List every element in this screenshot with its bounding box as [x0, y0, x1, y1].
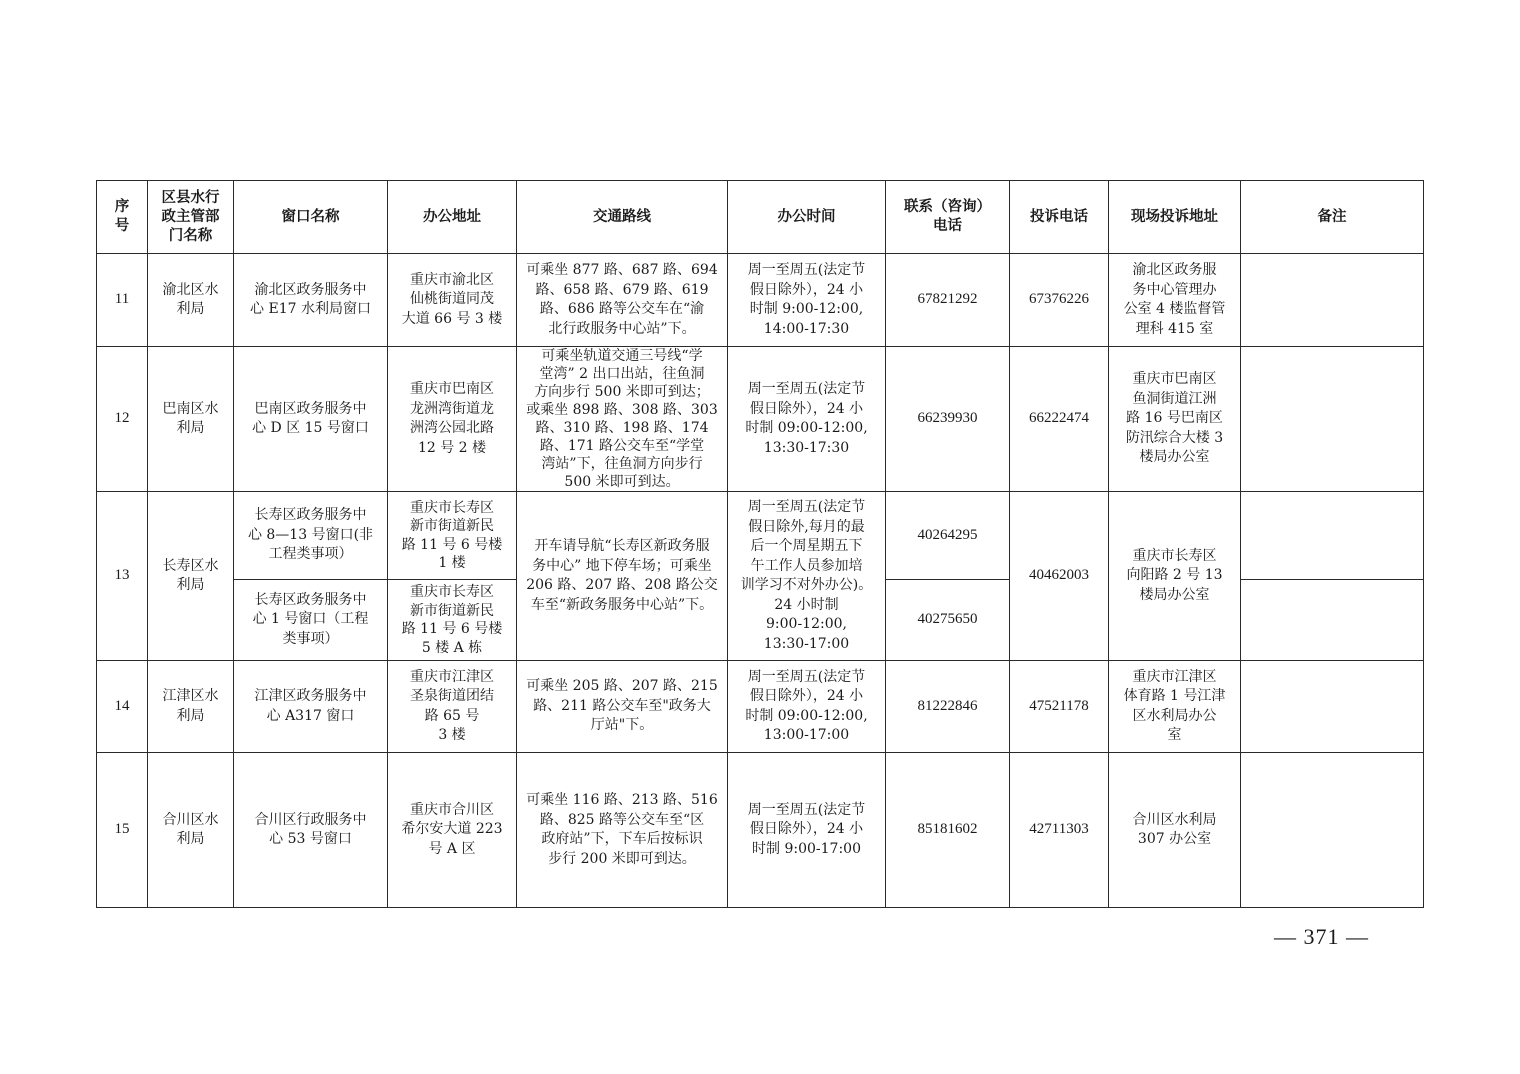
row-office-hours: 周一至周五(法定节 假日除外），24 小 时制 09:00-12:00, 13:…	[728, 661, 886, 753]
row-department: 巴南区水 利局	[148, 347, 234, 492]
row-transport-route: 可乘坐 877 路、687 路、694 路、658 路、679 路、619 路、…	[517, 254, 728, 347]
row-office-address: 重庆市渝北区 仙桃街道同茂 大道 66 号 3 楼	[388, 254, 517, 347]
row-index: 15	[97, 753, 148, 908]
table-row: 11 渝北区水 利局 渝北区政务服务中 心 E17 水利局窗口 重庆市渝北区 仙…	[97, 254, 1424, 347]
row-complaint-address: 重庆市长寿区 向阳路 2 号 13 楼局办公室	[1109, 492, 1241, 661]
row-remarks	[1241, 347, 1424, 492]
header-office-address: 办公地址	[388, 181, 517, 254]
row-office-hours: 周一至周五(法定节 假日除外），24 小 时制 9:00-17:00	[728, 753, 886, 908]
row-index: 11	[97, 254, 148, 347]
row-office-address: 重庆市长寿区 新市街道新民 路 11 号 6 号楼 1 楼	[388, 492, 517, 580]
row-window-name: 江津区政务服务中 心 A317 窗口	[234, 661, 388, 753]
row-transport-route: 可乘坐轨道交通三号线“学 堂湾” 2 出口出站，往鱼洞 方向步行 500 米即可…	[517, 347, 728, 492]
row-remarks	[1241, 492, 1424, 580]
table-row: 13 长寿区水 利局 长寿区政务服务中 心 8—13 号窗口(非 工程类事项） …	[97, 492, 1424, 580]
header-remarks: 备注	[1241, 181, 1424, 254]
row-complaint-address: 重庆市江津区 体育路 1 号江津 区水利局办公 室	[1109, 661, 1241, 753]
row-office-address: 重庆市江津区 圣泉街道团结 路 65 号 3 楼	[388, 661, 517, 753]
row-office-address: 重庆市合川区 希尔安大道 223 号 A 区	[388, 753, 517, 908]
row-index: 13	[97, 492, 148, 661]
row-transport-route: 可乘坐 205 路、207 路、215 路、211 路公交车至"政务大 厅站"下…	[517, 661, 728, 753]
row-office-hours: 周一至周五(法定节 假日除外），24 小 时制 09:00-12:00, 13:…	[728, 347, 886, 492]
row-complaint-phone: 66222474	[1010, 347, 1109, 492]
row-complaint-phone: 40462003	[1010, 492, 1109, 661]
row-complaint-phone: 47521178	[1010, 661, 1109, 753]
row-window-name: 合川区行政服务中 心 53 号窗口	[234, 753, 388, 908]
row-office-address: 重庆市长寿区 新市街道新民 路 11 号 6 号楼 5 楼 A 栋	[388, 580, 517, 661]
header-contact-phone: 联系（咨询） 电话	[886, 181, 1010, 254]
row-office-hours: 周一至周五(法定节 假日除外），24 小 时制 9:00-12:00, 14:0…	[728, 254, 886, 347]
row-remarks	[1241, 254, 1424, 347]
row-contact-phone: 67821292	[886, 254, 1010, 347]
row-contact-phone: 40275650	[886, 580, 1010, 661]
header-complaint-phone: 投诉电话	[1010, 181, 1109, 254]
row-index: 14	[97, 661, 148, 753]
table-row: 14 江津区水 利局 江津区政务服务中 心 A317 窗口 重庆市江津区 圣泉街…	[97, 661, 1424, 753]
row-complaint-address: 渝北区政务服 务中心管理办 公室 4 楼监督管 理科 415 室	[1109, 254, 1241, 347]
row-transport-route: 可乘坐 116 路、213 路、516 路、825 路等公交车至“区 政府站”下…	[517, 753, 728, 908]
header-index: 序 号	[97, 181, 148, 254]
row-contact-phone: 66239930	[886, 347, 1010, 492]
row-remarks	[1241, 661, 1424, 753]
table-header-row: 序 号 区县水行 政主管部 门名称 窗口名称 办公地址 交通路线 办公时间 联系…	[97, 181, 1424, 254]
row-complaint-phone: 42711303	[1010, 753, 1109, 908]
row-department: 长寿区水 利局	[148, 492, 234, 661]
header-department: 区县水行 政主管部 门名称	[148, 181, 234, 254]
header-window-name: 窗口名称	[234, 181, 388, 254]
row-contact-phone: 85181602	[886, 753, 1010, 908]
water-service-windows-table: 序 号 区县水行 政主管部 门名称 窗口名称 办公地址 交通路线 办公时间 联系…	[96, 180, 1424, 908]
page-number: — 371 —	[1274, 924, 1369, 950]
row-window-name: 长寿区政务服务中 心 1 号窗口（工程 类事项）	[234, 580, 388, 661]
row-remarks	[1241, 753, 1424, 908]
table-row: 15 合川区水 利局 合川区行政服务中 心 53 号窗口 重庆市合川区 希尔安大…	[97, 753, 1424, 908]
row-department: 合川区水 利局	[148, 753, 234, 908]
row-transport-route: 开车请导航“长寿区新政务服 务中心” 地下停车场；可乘坐 206 路、207 路…	[517, 492, 728, 661]
header-office-hours: 办公时间	[728, 181, 886, 254]
row-complaint-phone: 67376226	[1010, 254, 1109, 347]
row-window-name: 渝北区政务服务中 心 E17 水利局窗口	[234, 254, 388, 347]
row-complaint-address: 合川区水利局 307 办公室	[1109, 753, 1241, 908]
row-window-name: 长寿区政务服务中 心 8—13 号窗口(非 工程类事项）	[234, 492, 388, 580]
row-contact-phone: 40264295	[886, 492, 1010, 580]
header-complaint-address: 现场投诉地址	[1109, 181, 1241, 254]
row-complaint-address: 重庆市巴南区 鱼洞街道江洲 路 16 号巴南区 防汛综合大楼 3 楼局办公室	[1109, 347, 1241, 492]
row-office-address: 重庆市巴南区 龙洲湾街道龙 洲湾公园北路 12 号 2 楼	[388, 347, 517, 492]
row-index: 12	[97, 347, 148, 492]
row-department: 江津区水 利局	[148, 661, 234, 753]
row-office-hours: 周一至周五(法定节 假日除外,每月的最 后一个周星期五下 午工作人员参加培 训学…	[728, 492, 886, 661]
table-row: 12 巴南区水 利局 巴南区政务服务中 心 D 区 15 号窗口 重庆市巴南区 …	[97, 347, 1424, 492]
header-transport-route: 交通路线	[517, 181, 728, 254]
row-window-name: 巴南区政务服务中 心 D 区 15 号窗口	[234, 347, 388, 492]
row-contact-phone: 81222846	[886, 661, 1010, 753]
row-remarks	[1241, 580, 1424, 661]
row-department: 渝北区水 利局	[148, 254, 234, 347]
